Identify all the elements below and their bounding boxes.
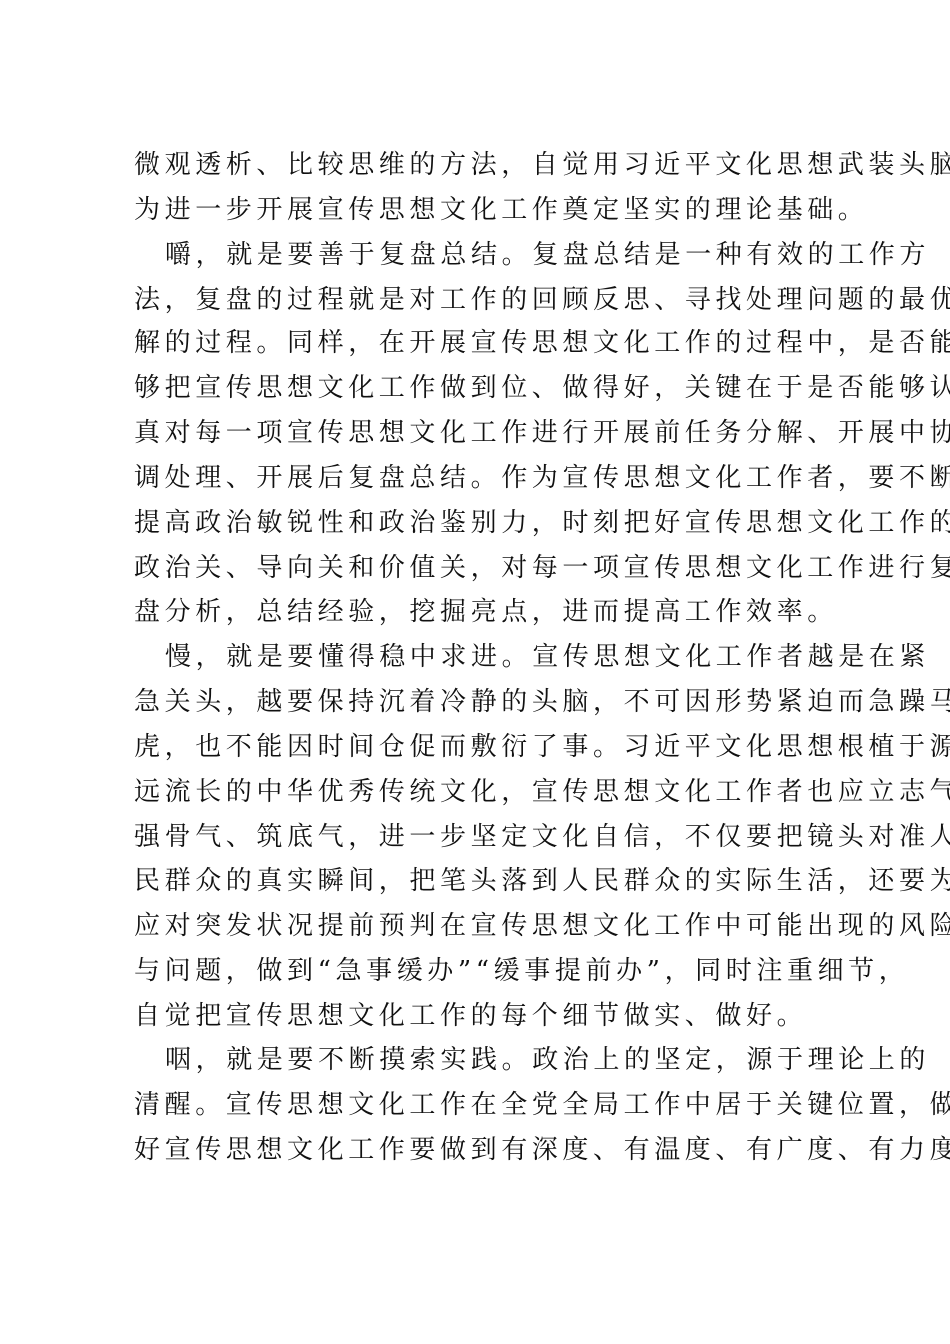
text-line: 清醒。宣传思想文化工作在全党全局工作中居于关键位置，做: [134, 1090, 834, 1120]
text-line: 急关头，越要保持沉着冷静的头脑，不可因形势紧迫而急躁马: [134, 687, 834, 717]
text-line: 自觉把宣传思想文化工作的每个细节做实、做好。: [134, 1001, 834, 1031]
text-line: 解的过程。同样，在开展宣传思想文化工作的过程中，是否能: [134, 328, 834, 358]
text-line: 提高政治敏锐性和政治鉴别力，时刻把好宣传思想文化工作的: [134, 508, 834, 538]
text-line: 好宣传思想文化工作要做到有深度、有温度、有广度、有力度。: [134, 1135, 834, 1165]
text-line: 政治关、导向关和价值关，对每一项宣传思想文化工作进行复: [134, 553, 834, 583]
text-line: 民群众的真实瞬间，把笔头落到人民群众的实际生活，还要为: [134, 866, 834, 896]
text-line: 够把宣传思想文化工作做到位、做得好，关键在于是否能够认: [134, 373, 834, 403]
text-line: 盘分析，总结经验，挖掘亮点，进而提高工作效率。: [134, 597, 834, 627]
text-line: 为进一步开展宣传思想文化工作奠定坚实的理论基础。: [134, 195, 834, 225]
text-line: 虎，也不能因时间仓促而敷衍了事。习近平文化思想根植于源: [134, 732, 834, 762]
text-line: 调处理、开展后复盘总结。作为宣传思想文化工作者，要不断: [134, 463, 834, 493]
text-line: 应对突发状况提前预判在宣传思想文化工作中可能出现的风险: [134, 911, 834, 941]
paragraph-start-line: 嚼，就是要善于复盘总结。复盘总结是一种有效的工作方: [165, 240, 865, 270]
paragraph-start-line: 慢，就是要懂得稳中求进。宣传思想文化工作者越是在紧: [165, 642, 865, 672]
text-line: 法，复盘的过程就是对工作的回顾反思、寻找处理问题的最优: [134, 285, 834, 315]
document-page: 微观透析、比较思维的方法，自觉用习近平文化思想武装头脑， 为进一步开展宣传思想文…: [0, 0, 950, 1344]
text-line: 真对每一项宣传思想文化工作进行开展前任务分解、开展中协: [134, 418, 834, 448]
text-line: 远流长的中华优秀传统文化，宣传思想文化工作者也应立志气、: [134, 777, 834, 807]
text-line: 微观透析、比较思维的方法，自觉用习近平文化思想武装头脑，: [134, 150, 834, 180]
paragraph-start-line: 咽，就是要不断摸索实践。政治上的坚定，源于理论上的: [165, 1045, 865, 1075]
text-line: 与问题，做到“急事缓办”“缓事提前办”，同时注重细节，: [134, 956, 834, 986]
text-line: 强骨气、筑底气，进一步坚定文化自信，不仅要把镜头对准人: [134, 822, 834, 852]
